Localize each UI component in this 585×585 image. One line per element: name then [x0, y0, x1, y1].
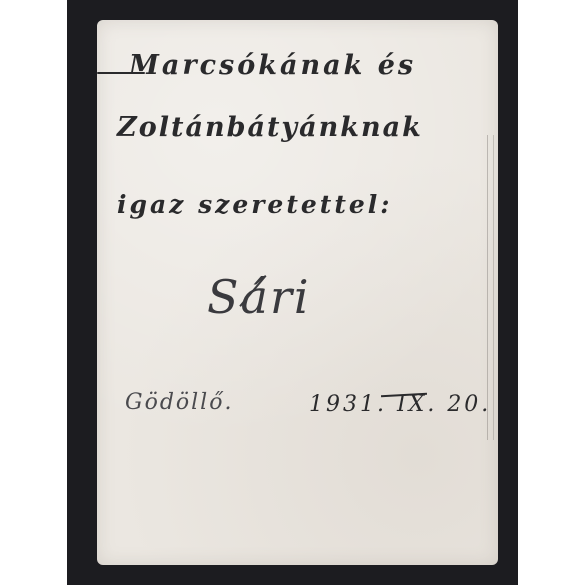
inscription-line-1: Marcsókának és: [129, 50, 416, 81]
inscription-line-3: igaz szeretettel:: [117, 190, 393, 219]
card-edge-lines: [487, 135, 494, 440]
signature: Sári: [207, 270, 311, 324]
place-name: Gödöllő.: [125, 390, 233, 415]
date: 1931. IX. 20.: [309, 392, 491, 417]
inscription-line-2: Zoltánbátyánknak: [117, 112, 423, 143]
photo-card-back: Marcsókának és Zoltánbátyánknak igaz sze…: [97, 20, 498, 565]
